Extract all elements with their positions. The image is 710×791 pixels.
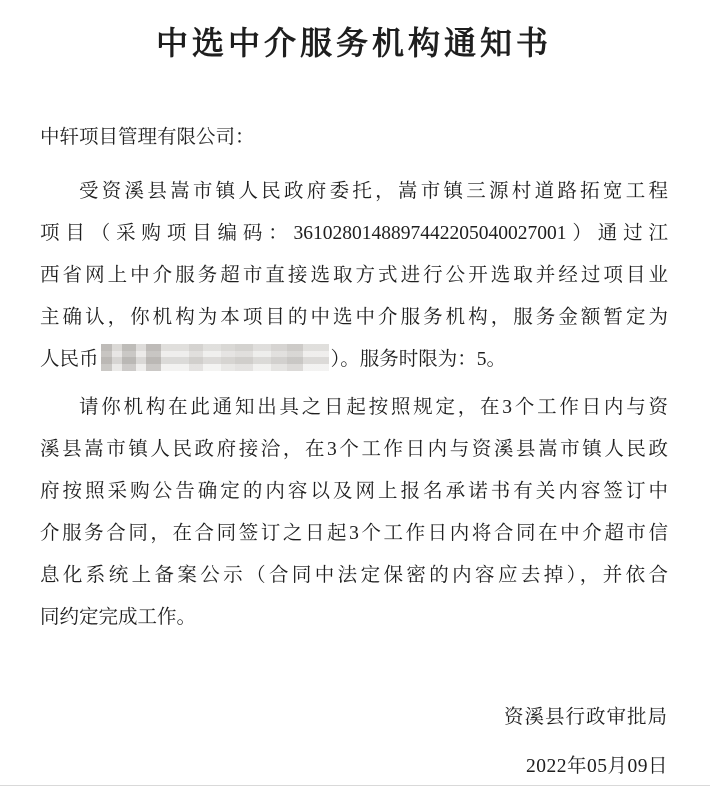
- para2-line-6: 同约定完成工作。: [40, 597, 668, 639]
- paragraph-instructions: 请你机构在此通知出具之日起按照规定，在3个工作日内与资 溪县嵩市镇人民政府接洽，…: [40, 387, 668, 639]
- para2-line-3: 府按照采购公告确定的内容以及网上报名承诺书有关内容签订中: [40, 471, 668, 513]
- notice-document: 中选中介服务机构通知书 中轩项目管理有限公司： 受资溪县嵩市镇人民政府委托，嵩市…: [0, 0, 710, 788]
- amount-prefix: 人民币: [40, 349, 99, 370]
- issuing-authority-signature: 资溪县行政审批局: [40, 697, 668, 739]
- para1-line-4: 主确认，你机构为本项目的中选中介服务机构，服务金额暂定为: [40, 297, 668, 339]
- document-title: 中选中介服务机构通知书: [40, 21, 668, 65]
- para1-line-2: 项目（采购项目编码：3610280148897442205040027001）通…: [40, 213, 668, 255]
- redacted-amount-blur: [101, 344, 329, 371]
- para2-line-1: 请你机构在此通知出具之日起按照规定，在3个工作日内与资: [40, 387, 668, 429]
- para1-line-1: 受资溪县嵩市镇人民政府委托，嵩市镇三源村道路拓宽工程: [40, 171, 668, 213]
- addressee-line: 中轩项目管理有限公司：: [40, 117, 668, 159]
- issue-date: 2022年05月09日: [40, 746, 668, 788]
- para1-line-5: 人民币）。服务时限为：5。: [40, 339, 668, 381]
- para2-line-4: 介服务合同，在合同签订之日起3个工作日内将合同在中介超市信: [40, 513, 668, 555]
- para2-line-2: 溪县嵩市镇人民政府接洽，在3个工作日内与资溪县嵩市镇人民政: [40, 429, 668, 471]
- amount-suffix: ）。服务时限为：5。: [331, 349, 507, 370]
- para1-line-3: 西省网上中介服务超市直接选取方式进行公开选取并经过项目业: [40, 255, 668, 297]
- page-bottom-divider: [0, 785, 710, 786]
- paragraph-selection-result: 受资溪县嵩市镇人民政府委托，嵩市镇三源村道路拓宽工程 项目（采购项目编码：361…: [40, 171, 668, 381]
- para2-line-5: 息化系统上备案公示（合同中法定保密的内容应去掉），并依合: [40, 555, 668, 597]
